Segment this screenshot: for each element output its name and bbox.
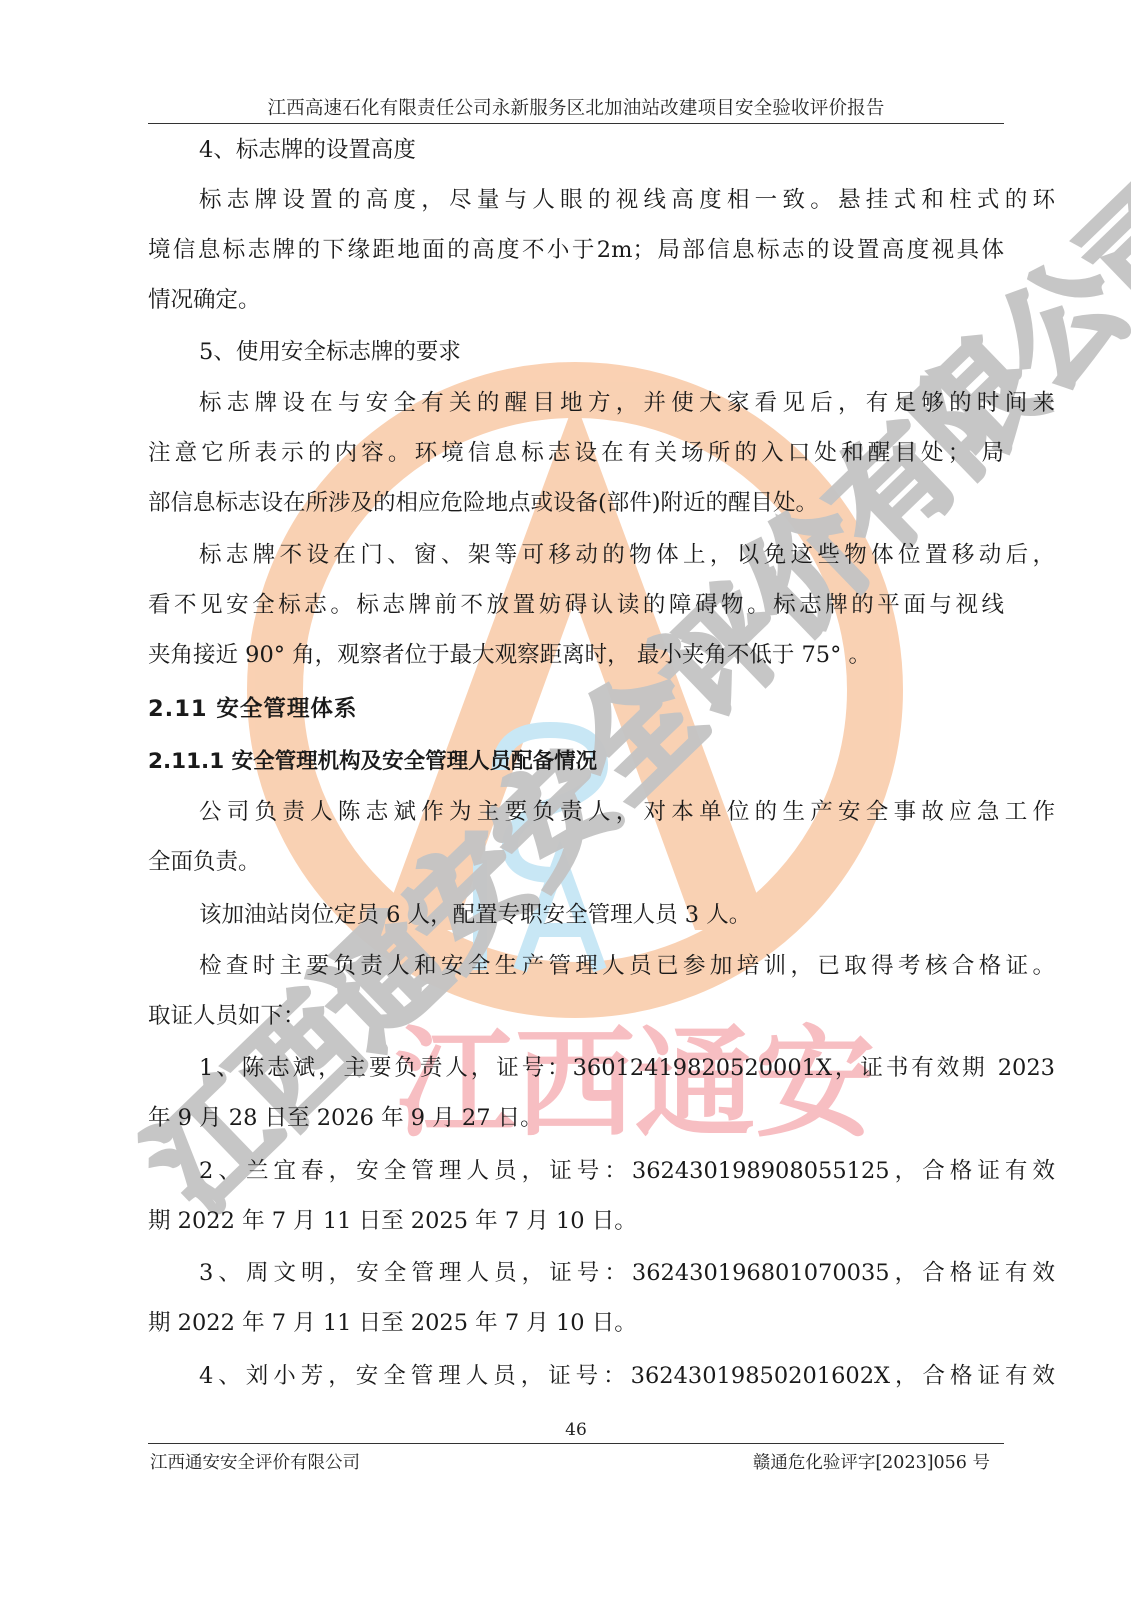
- footer-company: 江西通安安全评价有限公司: [150, 1449, 360, 1474]
- page-number: 46: [148, 1420, 1004, 1440]
- paragraph-line: 标志牌设在与安全有关的醒目地方，并使大家看见后，有足够的时间来: [148, 388, 1055, 418]
- personnel-entry-3: 3、周文明，安全管理人员，证号：362430196801070035，合格证有效: [148, 1258, 1055, 1288]
- section-heading-2-11: 2.11 安全管理体系: [148, 694, 1004, 724]
- paragraph-line: 注意它所表示的内容。环境信息标志设在有关场所的入口处和醒目处； 局: [148, 438, 1004, 468]
- personnel-entry-1: 1、陈志斌，主要负责人，证号：36012419820520001X，证书有效期 …: [148, 1053, 1055, 1083]
- paragraph-line: 检查时主要负责人和安全生产管理人员已参加培训，已取得考核合格证。: [148, 951, 1055, 981]
- subheading-sign-requirements: 5、使用安全标志牌的要求: [148, 337, 1055, 367]
- paragraph-line: 标志牌设置的高度，尽量与人眼的视线高度相一致。悬挂式和柱式的环: [148, 185, 1055, 215]
- paragraph-line: 看不见安全标志。标志牌前不放置妨碍认读的障碍物。标志牌的平面与视线: [148, 590, 1004, 620]
- paragraph-line: 标志牌不设在门、窗、架等可移动的物体上，以免这些物体位置移动后，: [148, 540, 1055, 570]
- footer-doc-number: 赣通危化验评字[2023]056 号: [753, 1449, 990, 1474]
- watermark-red-text: 江西通安: [395, 1015, 875, 1154]
- personnel-entry-2-validity: 期 2022 年 7 月 11 日至 2025 年 7 月 10 日。: [148, 1206, 1004, 1236]
- personnel-entry-1-validity: 年 9 月 28 日至 2026 年 9 月 27 日。: [148, 1103, 1004, 1133]
- subheading-sign-height: 4、标志牌的设置高度: [148, 135, 1055, 165]
- section-heading-2-11-1: 2.11.1 安全管理机构及安全管理人员配备情况: [148, 747, 1004, 777]
- paragraph-line: 情况确定。: [148, 285, 1004, 315]
- paragraph-line: 部信息标志设在所涉及的相应危险地点或设备(部件)附近的醒目处。: [148, 488, 1004, 518]
- paragraph-line: 取证人员如下：: [148, 1001, 1004, 1031]
- paragraph-staffing: 该加油站岗位定员 6 人，配置专职安全管理人员 3 人。: [148, 900, 1055, 930]
- personnel-entry-3-validity: 期 2022 年 7 月 11 日至 2025 年 7 月 10 日。: [148, 1308, 1004, 1338]
- paragraph-line: 公司负责人陈志斌作为主要负责人，对本单位的生产安全事故应急工作: [148, 797, 1055, 827]
- paragraph-line: 夹角接近 90° 角，观察者位于最大观察距离时， 最小夹角不低于 75° 。: [148, 640, 1004, 670]
- footer-divider: [148, 1443, 1004, 1444]
- header-divider: [148, 123, 1004, 124]
- paragraph-line: 境信息标志牌的下缘距地面的高度不小于2m；局部信息标志的设置高度视具体: [148, 235, 1004, 265]
- personnel-entry-4: 4、刘小芳，安全管理人员，证号：36243019850201602X，合格证有效: [148, 1361, 1055, 1391]
- running-header-title: 江西高速石化有限责任公司永新服务区北加油站改建项目安全验收评价报告: [148, 94, 1004, 120]
- personnel-entry-2: 2、兰宜春，安全管理人员，证号：362430198908055125，合格证有效: [148, 1156, 1055, 1186]
- document-page: 江西通安 江西通安安全评价有限公司 江西高速石化有限责任公司永新服务区北加油站改…: [0, 0, 1131, 1600]
- paragraph-line: 全面负责。: [148, 847, 1004, 877]
